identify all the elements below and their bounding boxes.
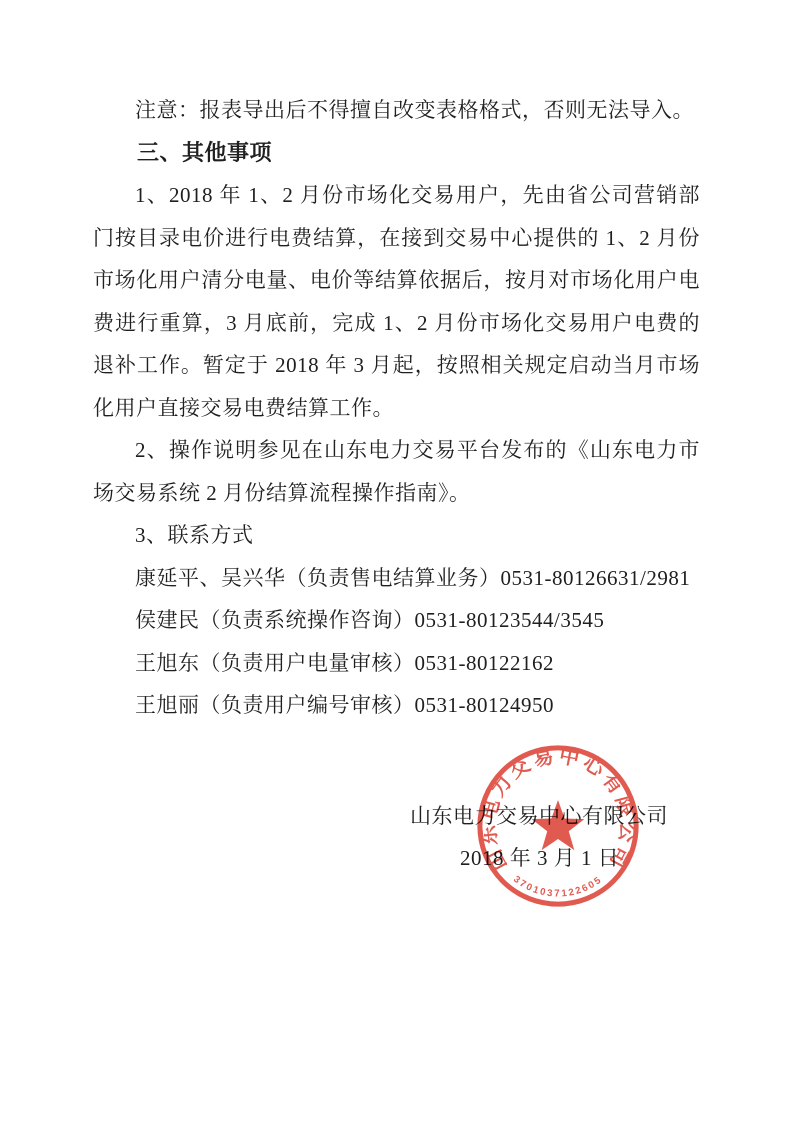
paragraph-contact-title: 3、联系方式	[93, 514, 700, 557]
document-body: 注意：报表导出后不得擅自改变表格格式，否则无法导入。 三、其他事项 1、2018…	[93, 89, 700, 880]
contact-line: 康延平、吴兴华（负责售电结算业务）0531-80126631/2981	[93, 557, 700, 600]
contact-line: 王旭东（负责用户电量审核）0531-80122162	[93, 642, 700, 685]
signature-date: 2018 年 3 月 1 日	[93, 837, 700, 880]
note-line: 注意：报表导出后不得擅自改变表格格式，否则无法导入。	[93, 89, 700, 132]
contact-line: 侯建民（负责系统操作咨询）0531-80123544/3545	[93, 599, 700, 642]
paragraph-settlement: 1、2018 年 1、2 月份市场化交易用户，先由省公司营销部门按目录电价进行电…	[93, 174, 700, 429]
contact-line: 王旭丽（负责用户编号审核）0531-80124950	[93, 684, 700, 727]
signature-company: 山东电力交易中心有限公司	[93, 795, 700, 838]
document-page: 注意：报表导出后不得擅自改变表格格式，否则无法导入。 三、其他事项 1、2018…	[0, 0, 793, 1122]
paragraph-manual: 2、操作说明参见在山东电力交易平台发布的《山东电力市场交易系统 2 月份结算流程…	[93, 429, 700, 514]
section-heading: 三、其他事项	[93, 132, 700, 175]
signature-block: 山东电力交易中心有限公司 2018 年 3 月 1 日	[93, 795, 700, 880]
